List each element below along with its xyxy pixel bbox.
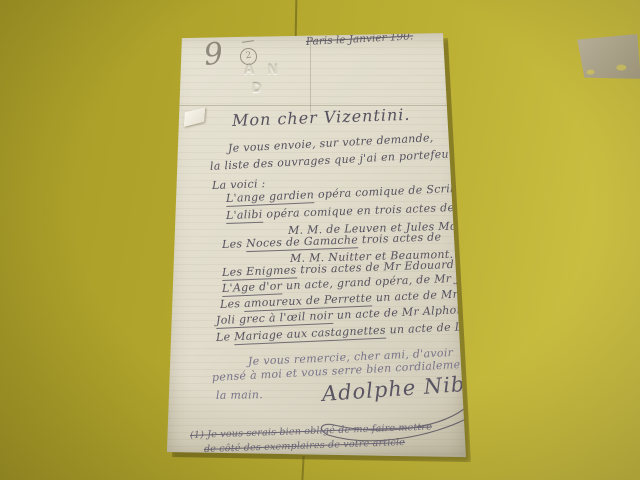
letter-paper: 9 2 A N D Paris le Janvier 190. Mon cher… <box>166 33 466 458</box>
closing-line: la main. <box>216 388 263 402</box>
background-crease-top <box>295 0 298 38</box>
tape-residue <box>575 34 640 81</box>
work-pre: Les <box>222 237 247 251</box>
tape-spot <box>586 69 594 74</box>
tape-spot <box>616 64 626 70</box>
work-title: L'Age d'or <box>222 279 283 297</box>
background-crease-bottom <box>301 456 304 480</box>
letter-photograph: 9 2 A N D Paris le Janvier 190. Mon cher… <box>0 0 640 480</box>
blind-stamp-letter: D <box>252 80 261 95</box>
work-pre: Le <box>216 330 235 344</box>
horizontal-fold-line <box>166 105 466 106</box>
blind-stamp: A N <box>244 61 283 77</box>
work-title: L'alibi <box>226 208 263 224</box>
pencil-mark-number: 9 <box>202 36 225 73</box>
work-pre: Les <box>220 297 245 311</box>
